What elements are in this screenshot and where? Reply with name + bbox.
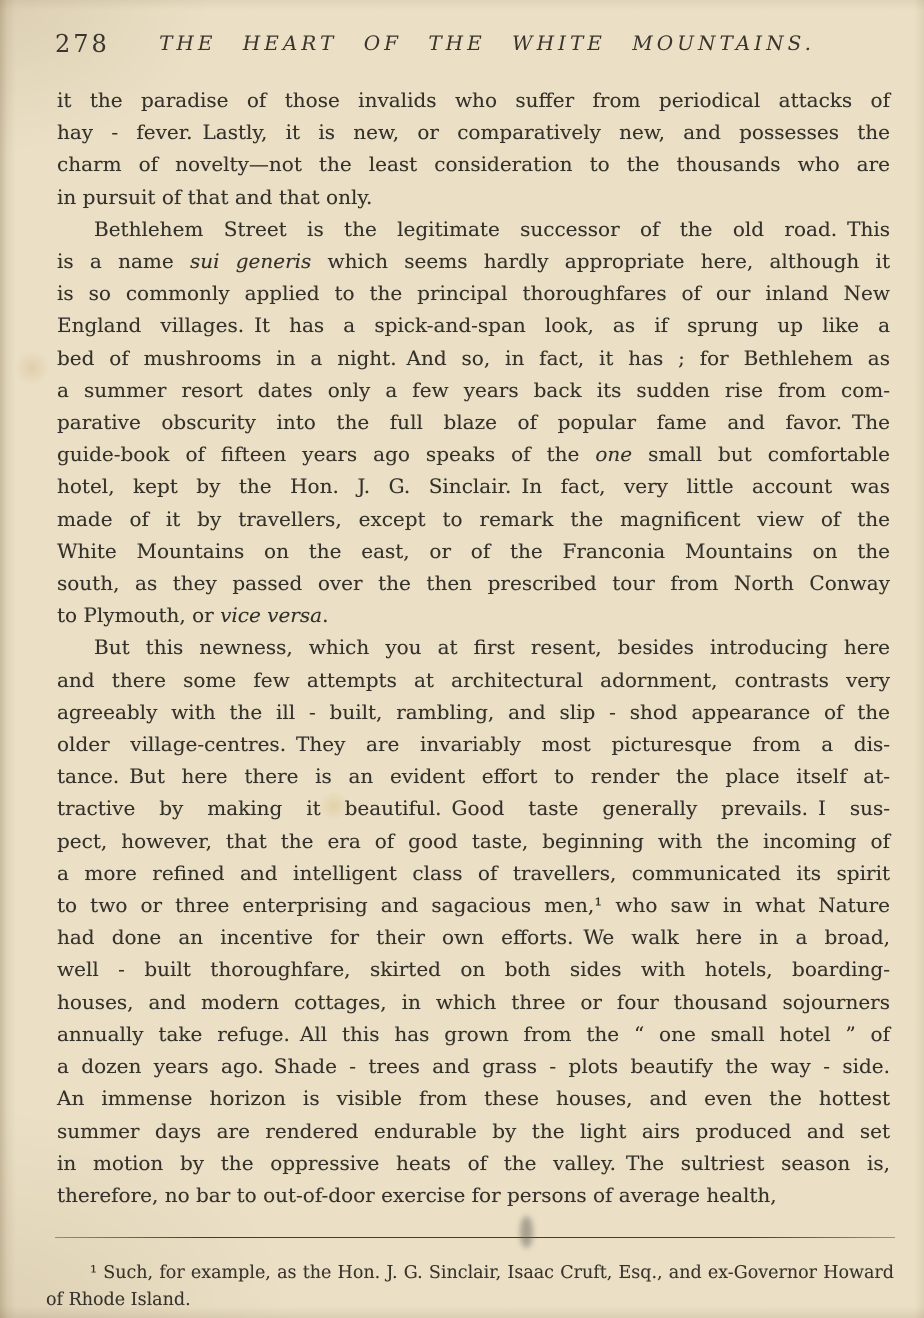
text-line: to two or three enterprising and sagacio… <box>57 889 890 921</box>
text-line: tractive by making it beautiful. Good ta… <box>57 792 890 824</box>
text-line: therefore, no bar to out-of-door exercis… <box>57 1179 890 1211</box>
text-line: in motion by the oppressive heats of the… <box>57 1147 890 1179</box>
text-line: summer days are rendered endurable by th… <box>57 1115 890 1147</box>
text-line: bed of mushrooms in a night. And so, in … <box>57 342 890 374</box>
paragraph: Bethlehem Street is the legitimate succe… <box>57 213 890 632</box>
text-line: Bethlehem Street is the legitimate succe… <box>57 213 890 245</box>
ink-smudge <box>520 1216 533 1248</box>
text-line: hotel, kept by the Hon. J. G. Sinclair. … <box>57 470 890 502</box>
text-line: to Plymouth, or vice versa. <box>57 599 890 631</box>
text-line: in pursuit of that and that only. <box>57 181 890 213</box>
text-line: south, as they passed over the then pres… <box>57 567 890 599</box>
text-line: agreeably with the ill - built, rambling… <box>57 696 890 728</box>
text-line: But this newness, which you at first res… <box>57 631 890 663</box>
paragraph: But this newness, which you at first res… <box>57 631 890 1211</box>
text-line: a more refined and intelligent class of … <box>57 857 890 889</box>
text-line: hay - fever. Lastly, it is new, or compa… <box>57 116 890 148</box>
text-line: annually take refuge. All this has grown… <box>57 1018 890 1050</box>
text-line: a dozen years ago. Shade - trees and gra… <box>57 1050 890 1082</box>
text-line: charm of novelty—not the least considera… <box>57 148 890 180</box>
footnote-rule <box>55 1237 895 1238</box>
running-head: 278 THE HEART OF THE WHITE MOUNTAINS. <box>0 28 924 62</box>
text-line: had done an incentive for their own effo… <box>57 921 890 953</box>
running-title: THE HEART OF THE WHITE MOUNTAINS. <box>110 31 864 55</box>
text-line: and there some few attempts at architect… <box>57 664 890 696</box>
text-line: An immense horizon is visible from these… <box>57 1082 890 1114</box>
text-line: White Mountains on the east, or of the F… <box>57 535 890 567</box>
text-line: is a name sui generis which seems hardly… <box>57 245 890 277</box>
paragraph: it the paradise of those invalids who su… <box>57 84 890 213</box>
text-line: guide-book of fifteen years ago speaks o… <box>57 438 890 470</box>
page-number: 278 <box>55 30 110 58</box>
text-line: tance. But here there is an evident effo… <box>57 760 890 792</box>
text-line: houses, and modern cottages, in which th… <box>57 986 890 1018</box>
text-line: made of it by travellers, except to rema… <box>57 503 890 535</box>
text-line: it the paradise of those invalids who su… <box>57 84 890 116</box>
book-page: 278 THE HEART OF THE WHITE MOUNTAINS. it… <box>0 0 924 1318</box>
text-line: older village-centres. They are invariab… <box>57 728 890 760</box>
text-line: England villages. It has a spick-and-spa… <box>57 309 890 341</box>
text-line: well - built thoroughfare, skirted on bo… <box>57 953 890 985</box>
body-text: it the paradise of those invalids who su… <box>57 84 890 1211</box>
text-line: is so commonly applied to the principal … <box>57 277 890 309</box>
text-line: pect, however, that the era of good tast… <box>57 825 890 857</box>
footnote: ¹ Such, for example, as the Hon. J. G. S… <box>46 1260 894 1314</box>
footnote-line: ¹ Such, for example, as the Hon. J. G. S… <box>46 1260 894 1287</box>
text-line: parative obscurity into the full blaze o… <box>57 406 890 438</box>
text-line: a summer resort dates only a few years b… <box>57 374 890 406</box>
footnote-line: of Rhode Island. <box>46 1287 894 1314</box>
